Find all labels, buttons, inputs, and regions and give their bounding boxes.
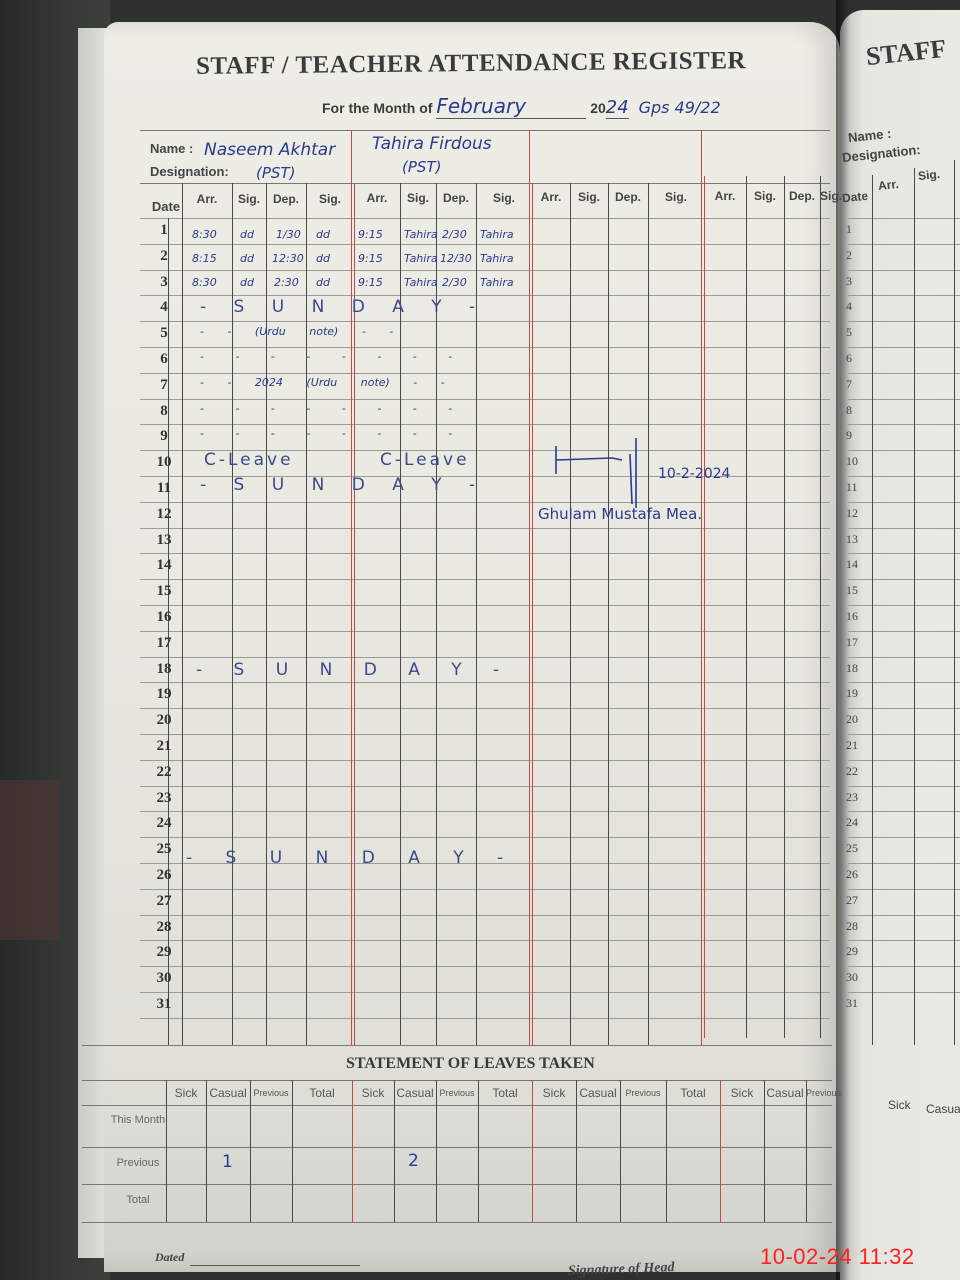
d3-s1-dep: 2:30 — [274, 276, 299, 289]
day-number: 28 — [144, 919, 184, 936]
row-rule — [140, 631, 830, 632]
leave-header-previous: Previous — [620, 1088, 666, 1098]
right-page-day-number: 28 — [846, 919, 858, 934]
day-number: 12 — [144, 506, 184, 523]
right-page-row-rule — [848, 708, 960, 709]
day-number: 19 — [144, 686, 184, 703]
grid-bottom-rule — [82, 1045, 832, 1046]
footer-dated-line — [190, 1265, 360, 1266]
d5-note: - - (Urdu note) - - — [200, 325, 393, 338]
leave-staff-divider — [352, 1080, 353, 1222]
d1-s1-dep: 1/30 — [276, 228, 301, 241]
day-number: 20 — [144, 712, 184, 729]
col-header-dep: Dep. — [784, 189, 820, 203]
right-page-row-rule — [848, 786, 960, 787]
footer-signature-label: Signature of Head — [568, 1260, 675, 1280]
right-page-row-rule — [848, 450, 960, 451]
day-number: 15 — [144, 583, 184, 600]
right-page-day-number: 22 — [846, 764, 858, 779]
col-header-arr: Arr. — [182, 192, 232, 206]
right-page-day-number: 24 — [846, 815, 858, 830]
right-page-row-rule — [848, 502, 960, 503]
d2-s2-arr: 9:15 — [358, 252, 383, 265]
day-number: 30 — [144, 970, 184, 987]
month-line: For the Month of February 2024 Gps 49/22 — [322, 94, 721, 119]
row-rule — [140, 760, 830, 761]
right-page-row-rule — [848, 837, 960, 838]
right-page-day-number: 13 — [846, 532, 858, 547]
camera-timestamp: 10-02-24 11:32 — [760, 1244, 915, 1270]
staff-2-name: Tahira Firdous — [372, 134, 492, 154]
right-page-day-number: 7 — [846, 377, 852, 392]
leave-column-line — [764, 1080, 765, 1222]
col-header-sig2: Sig. — [476, 191, 532, 205]
right-page-row-rule — [848, 682, 960, 683]
right-page-day-number: 25 — [846, 841, 858, 856]
d8-dashes: - - - - - - - - — [200, 402, 452, 415]
row-rule — [140, 682, 830, 683]
row-rule — [140, 321, 830, 322]
leave-column-line — [576, 1080, 577, 1222]
d1-s1-arr: 8:30 — [192, 228, 217, 241]
col-header-sig2: Sig. — [306, 192, 354, 206]
designation-label: Designation: — [150, 164, 229, 179]
leave-column-line — [436, 1080, 437, 1222]
col-header-dep: Dep. — [608, 190, 648, 204]
col-header-dep: Dep. — [436, 191, 476, 205]
leave-column-line — [478, 1080, 479, 1222]
leave-header-total: Total — [666, 1086, 720, 1100]
day-number: 17 — [144, 635, 184, 652]
leave-header-total: Total — [478, 1086, 532, 1100]
leave-header-sick: Sick — [166, 1086, 206, 1100]
right-page-day-number: 17 — [846, 635, 858, 650]
right-page-sick-header: Sick — [888, 1098, 911, 1112]
d1-s1-sig2: dd — [316, 228, 330, 241]
leave-column-line — [666, 1080, 667, 1222]
d1-s2-sig2: Tahira — [480, 228, 514, 241]
day-number: 27 — [144, 893, 184, 910]
col-header-sig: Sig. — [746, 189, 784, 203]
day-number: 21 — [144, 738, 184, 755]
right-page-row-rule — [848, 476, 960, 477]
right-page-day-number: 10 — [846, 454, 858, 469]
row-rule — [140, 218, 830, 219]
right-page-row-rule — [848, 218, 960, 219]
d1-s2-arr: 9:15 — [358, 228, 383, 241]
d25-sunday: - S U N D A Y - — [186, 848, 505, 868]
column-line — [608, 183, 609, 1045]
right-page-day-number: 8 — [846, 403, 852, 418]
right-page-day-number: 29 — [846, 944, 858, 959]
leave-staff-divider — [720, 1080, 721, 1222]
day-number: 3 — [144, 274, 184, 291]
leave-column-line — [620, 1080, 621, 1222]
right-page-row-rule — [848, 915, 960, 916]
right-page-day-number: 30 — [846, 970, 858, 985]
right-page-column-line — [954, 160, 955, 1045]
right-page-row-rule — [848, 244, 960, 245]
right-page-day-number: 20 — [846, 712, 858, 727]
row-rule — [140, 528, 830, 529]
right-page-day-number: 3 — [846, 274, 852, 289]
right-page-day-number: 5 — [846, 325, 852, 340]
d11-sunday: - S U N D A Y - — [200, 475, 477, 495]
right-page-row-rule — [848, 553, 960, 554]
leave-column-line — [394, 1080, 395, 1222]
right-page-row-rule — [848, 811, 960, 812]
leave-staff-divider — [532, 1080, 533, 1222]
day-number: 14 — [144, 557, 184, 574]
day-number: 7 — [144, 377, 184, 394]
leave-column-line — [806, 1080, 807, 1222]
d3-s2-dep: 2/30 — [442, 276, 467, 289]
footer-dated-label: Dated — [155, 1250, 184, 1265]
row-rule — [140, 270, 830, 271]
day-number: 25 — [144, 841, 184, 858]
row-rule — [140, 811, 830, 812]
d3-s2-sig: Tahira — [404, 276, 438, 289]
staff-divider-line — [532, 183, 533, 1045]
day-number: 10 — [144, 454, 184, 471]
d2-s1-arr: 8:15 — [192, 252, 217, 265]
right-page-row-rule — [848, 347, 960, 348]
right-page-row-rule — [848, 605, 960, 606]
annotation-date: 10-2-2024 — [658, 466, 730, 482]
leave-column-line — [250, 1080, 251, 1222]
leave-header-casual: Casual — [764, 1086, 806, 1100]
right-page-day-number: 4 — [846, 299, 852, 314]
d9-dashes: - - - - - - - - — [200, 427, 452, 440]
right-page-day-number: 16 — [846, 609, 858, 624]
day-number: 8 — [144, 403, 184, 420]
right-page-row-rule — [848, 424, 960, 425]
col-header-sig: Sig. — [232, 192, 266, 206]
row-rule — [140, 940, 830, 941]
right-page-date-header: Date — [841, 189, 868, 206]
right-page-row-rule — [848, 889, 960, 890]
row-rule — [140, 708, 830, 709]
d3-s1-arr: 8:30 — [192, 276, 217, 289]
staff-divider-line — [704, 176, 705, 1038]
col-header-sig2: Sig. — [648, 190, 704, 204]
right-page-row-rule — [848, 940, 960, 941]
date-header: Date — [146, 199, 186, 214]
right-page-row-rule — [848, 863, 960, 864]
staff-1-previous-casual: 1 — [222, 1152, 233, 1172]
d1-s2-sig: Tahira — [404, 228, 438, 241]
column-line — [746, 176, 747, 1038]
right-page-day-number: 26 — [846, 867, 858, 882]
day-number: 31 — [144, 996, 184, 1013]
right-page-day-number: 23 — [846, 790, 858, 805]
day-number: 22 — [144, 764, 184, 781]
right-page-day-number: 19 — [846, 686, 858, 701]
row-rule — [140, 915, 830, 916]
right-page-day-number: 11 — [846, 480, 858, 495]
header-top-rule — [140, 130, 830, 131]
col-header-sig2: Sig. — [820, 189, 836, 203]
day-number: 11 — [144, 480, 184, 497]
right-page-row-rule — [848, 579, 960, 580]
row-rule — [140, 553, 830, 554]
d4-sunday: - S U N D A Y - — [200, 297, 477, 317]
d6-dashes: - - - - - - - - — [200, 350, 452, 363]
col-header-arr: Arr. — [704, 189, 746, 203]
staff-1-name: Naseem Akhtar — [204, 140, 335, 160]
leave-header-casual: Casual — [394, 1086, 436, 1100]
day-number: 2 — [144, 248, 184, 265]
right-page-row-rule — [848, 399, 960, 400]
right-page-day-number: 18 — [846, 661, 858, 676]
leave-header-sick: Sick — [720, 1086, 764, 1100]
row-rule — [140, 502, 830, 503]
month-label: For the Month of — [322, 100, 432, 116]
column-line — [784, 176, 785, 1038]
row-rule — [140, 373, 830, 374]
leave-column-line — [292, 1080, 293, 1222]
day-number: 5 — [144, 325, 184, 342]
leave-header-sick: Sick — [532, 1086, 576, 1100]
right-page-day-number: 27 — [846, 893, 858, 908]
day-number: 18 — [144, 661, 184, 678]
d2-s1-sig2: dd — [316, 252, 330, 265]
leave-row-previous: Previous — [98, 1157, 178, 1169]
right-page-day-number: 15 — [846, 583, 858, 598]
month-value: February — [436, 94, 586, 119]
d2-s2-dep: 12/30 — [440, 252, 472, 265]
column-line — [820, 176, 821, 1038]
binder-shadow — [0, 780, 60, 940]
staff-2-designation: (PST) — [402, 158, 441, 176]
d2-s1-sig: dd — [240, 252, 254, 265]
right-page-day-number: 31 — [846, 996, 858, 1011]
d1-s1-sig: dd — [240, 228, 254, 241]
staff-divider-line — [701, 130, 702, 1045]
row-rule — [140, 889, 830, 890]
day-number: 4 — [144, 299, 184, 316]
staff-1-designation: (PST) — [256, 164, 295, 182]
right-page-row-rule — [848, 734, 960, 735]
row-rule — [140, 1018, 830, 1019]
right-page-row-rule — [848, 657, 960, 658]
row-rule — [140, 347, 830, 348]
row-rule — [140, 579, 830, 580]
day-number: 24 — [144, 815, 184, 832]
d3-s1-sig2: dd — [316, 276, 330, 289]
leave-row-total: Total — [98, 1194, 178, 1206]
leave-column-line — [206, 1080, 207, 1222]
col-header-sig: Sig. — [400, 191, 436, 205]
d7-note: - - 2024 (Urdu note) - - — [200, 376, 445, 389]
right-page-day-number: 1 — [846, 222, 852, 237]
leave-row-this-month: This Month — [98, 1114, 178, 1126]
leave-header-previous: Previous — [436, 1088, 478, 1098]
school-reference: Gps 49/22 — [639, 98, 721, 117]
register-page-left — [104, 22, 840, 1272]
right-page-row-rule — [848, 270, 960, 271]
col-header-dep: Dep. — [266, 192, 306, 206]
d3-s2-arr: 9:15 — [358, 276, 383, 289]
leave-header-sick: Sick — [352, 1086, 394, 1100]
day-number: 6 — [144, 351, 184, 368]
year-prefix: 20 — [590, 100, 606, 116]
right-page-day-number: 2 — [846, 248, 852, 263]
right-page-sig-header: Sig. — [917, 167, 940, 183]
day-number: 1 — [144, 222, 184, 239]
d10-s2-leave: C-Leave — [380, 450, 470, 470]
d18-sunday: - S U N D A Y - — [196, 660, 501, 680]
right-page-row-rule — [848, 295, 960, 296]
year-value: 24 — [606, 97, 629, 119]
right-page-column-line — [872, 175, 873, 1045]
d10-s1-leave: C-Leave — [204, 450, 294, 470]
leave-row-rule — [82, 1222, 832, 1223]
right-page-row-rule — [848, 966, 960, 967]
right-page-row-rule — [848, 321, 960, 322]
d2-s2-sig: Tahira — [404, 252, 438, 265]
row-rule — [140, 966, 830, 967]
staff-2-previous-casual: 2 — [408, 1151, 419, 1171]
row-rule — [140, 424, 830, 425]
day-number: 23 — [144, 790, 184, 807]
day-number: 29 — [144, 944, 184, 961]
day-number: 16 — [144, 609, 184, 626]
right-page-day-number: 6 — [846, 351, 852, 366]
right-page-day-number: 12 — [846, 506, 858, 521]
right-page-row-rule — [848, 992, 960, 993]
right-page-row-rule — [848, 760, 960, 761]
row-rule — [140, 734, 830, 735]
column-line — [648, 183, 649, 1045]
row-rule — [140, 244, 830, 245]
d3-s1-sig: dd — [240, 276, 254, 289]
day-number: 26 — [144, 867, 184, 884]
name-label: Name : — [150, 141, 193, 156]
d3-s2-sig2: Tahira — [480, 276, 514, 289]
leave-header-previous: Previous — [250, 1088, 292, 1098]
leave-header-total: Total — [292, 1086, 352, 1100]
row-rule — [140, 605, 830, 606]
right-page-row-rule — [848, 373, 960, 374]
d2-s2-sig2: Tahira — [480, 252, 514, 265]
column-line — [570, 183, 571, 1045]
right-page-arr-header: Arr. — [877, 177, 899, 193]
right-page-day-number: 14 — [846, 557, 858, 572]
officer-signature-icon — [552, 434, 652, 514]
right-page-row-rule — [848, 528, 960, 529]
row-rule — [140, 837, 830, 838]
leave-header-casual: Casual — [206, 1086, 250, 1100]
row-rule — [140, 786, 830, 787]
row-rule — [140, 399, 830, 400]
row-rule — [140, 992, 830, 993]
staff-divider-line — [529, 130, 530, 1045]
header-row-rule — [140, 183, 830, 184]
row-rule — [140, 657, 830, 658]
day-number: 13 — [144, 532, 184, 549]
col-header-sig: Sig. — [570, 190, 608, 204]
right-page-day-number: 9 — [846, 428, 852, 443]
right-page-column-line — [914, 168, 915, 1045]
leave-header-previous: Previous — [806, 1088, 840, 1098]
register-title: STAFF / TEACHER ATTENDANCE REGISTER — [196, 47, 746, 81]
d1-s2-dep: 2/30 — [442, 228, 467, 241]
col-header-arr: Arr. — [532, 190, 570, 204]
staff-divider-line — [351, 130, 352, 1045]
leave-statement-title: STATEMENT OF LEAVES TAKEN — [346, 1055, 595, 1073]
annotation-name: Ghulam Mustafa Mea. — [538, 503, 718, 525]
right-page-day-number: 21 — [846, 738, 858, 753]
col-header-arr: Arr. — [354, 191, 400, 205]
right-page-row-rule — [848, 631, 960, 632]
right-page-casual-header: Casual — [926, 1102, 960, 1116]
leave-header-casual: Casual — [576, 1086, 620, 1100]
day-number: 9 — [144, 428, 184, 445]
d2-s1-dep: 12:30 — [272, 252, 304, 265]
